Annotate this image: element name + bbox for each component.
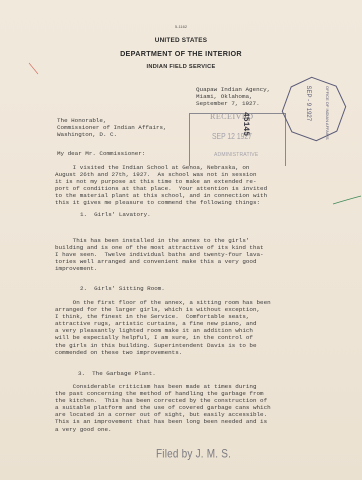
paragraph-sitting-room: On the first floor of the annex, a sitti… bbox=[55, 299, 355, 356]
received-stamp-dept: ADMINISTRATIVE bbox=[214, 152, 258, 158]
salutation: My dear Mr. Commissioner: bbox=[57, 150, 145, 157]
octagon-stamp-caption: OFFICE OF INDIAN AFFAIRS bbox=[325, 86, 330, 140]
letterhead-line-1: UNITED STATES bbox=[0, 37, 362, 44]
form-number: 5-1162 bbox=[0, 24, 362, 29]
file-number-stamp: 45145 bbox=[241, 112, 250, 136]
green-pencil-mark-icon bbox=[332, 195, 362, 205]
item-heading-3: 3. The Garbage Plant. bbox=[78, 370, 156, 377]
paragraph-garbage-plant: Considerable criticism has been made at … bbox=[55, 383, 355, 433]
octagon-stamp-date: SEP - 9 1927 bbox=[305, 86, 311, 122]
item-heading-2: 2. Girls' Sitting Room. bbox=[80, 285, 165, 292]
octagon-date-stamp: OFFICE OF INDIAN AFFAIRS SEP - 9 1927 bbox=[274, 69, 353, 148]
red-pencil-mark-icon bbox=[28, 62, 40, 76]
filed-by-stamp: Filed by J. M. S. bbox=[156, 448, 231, 461]
letterhead-line-3: INDIAN FIELD SERVICE bbox=[0, 64, 362, 70]
recipient-address: The Honorable, Commissioner of Indian Af… bbox=[57, 117, 167, 138]
letterhead-line-2: DEPARTMENT OF THE INTERIOR bbox=[0, 49, 362, 58]
sender-address: Quapaw Indian Agency, Miami, Oklahoma, S… bbox=[196, 86, 270, 107]
paragraph-lavatory: This has been installed in the annex to … bbox=[55, 237, 355, 272]
item-heading-1: 1. Girls' Lavatory. bbox=[80, 211, 151, 218]
letter-page: 5-1162 UNITED STATES DEPARTMENT OF THE I… bbox=[0, 0, 362, 480]
paragraph-intro: I visited the Indian School at Genoa, Ne… bbox=[55, 164, 355, 207]
